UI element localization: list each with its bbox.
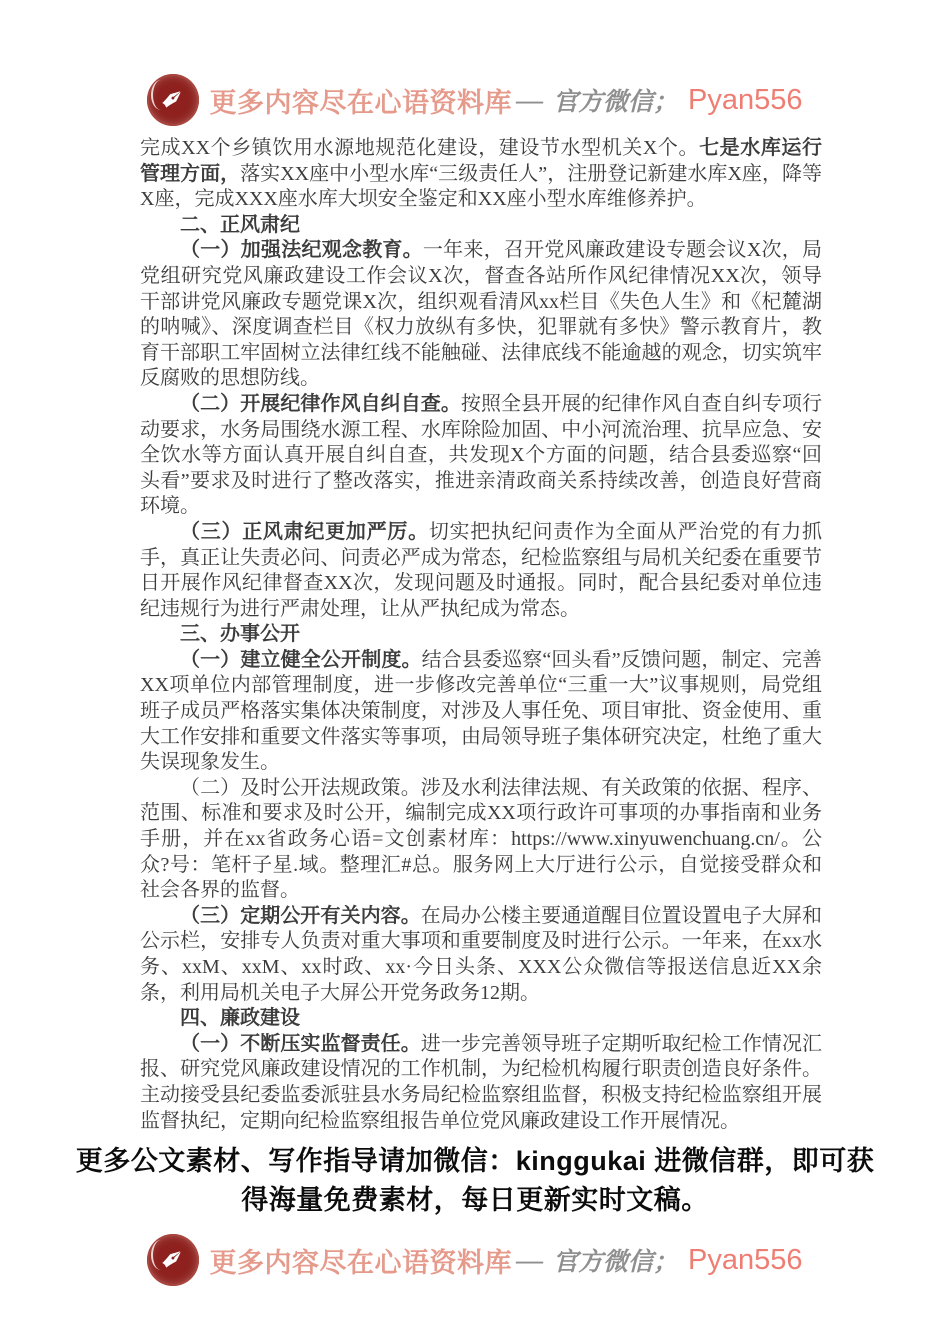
watermark-wechat-id: Pyan556 (688, 84, 803, 117)
watermark-label: 官方微信； (553, 82, 678, 118)
footer-watermark: ✒ 更多内容尽在心语资料库 — 官方微信； Pyan556 (0, 1220, 950, 1286)
watermark-wechat-id: Pyan556 (688, 1244, 803, 1277)
watermark-dash: — (516, 1245, 543, 1276)
text-segment: 一年来，召开党风廉政建设专题会议X次，局党组研究党风廉政建设工作会议X次，督查各… (140, 239, 822, 389)
pen-seal-icon: ✒ (147, 74, 199, 126)
text-segment: 落实XX座中小型水库“三级责任人”，注册登记新建水库X座，降等X座，完成XXX座… (140, 163, 822, 211)
watermark-brand-text: 更多内容尽在心语资料库 (209, 81, 512, 120)
watermark-brand-text: 更多内容尽在心语资料库 (209, 1241, 512, 1280)
text-segment: （三）正风肃纪更加严厉。 (180, 521, 429, 543)
pen-seal-icon: ✒ (147, 1234, 199, 1286)
watermark-label: 官方微信； (553, 1242, 678, 1278)
text-segment: （三）定期公开有关内容。 (180, 905, 421, 927)
section-heading: 三、办事公开 (140, 622, 822, 648)
document-body: 完成XX个乡镇饮用水源地规范化建设，建设节水型机关X个。七是水库运行管理方面，落… (140, 136, 822, 1134)
text-segment: （一）加强法纪观念教育。 (180, 239, 423, 261)
paragraph: （一）建立健全公开制度。结合县委巡察“回头看”反馈问题，制定、完善XX项单位内部… (140, 648, 822, 776)
pen-nib-glyph: ✒ (154, 1241, 193, 1280)
text-segment: （二）及时公开法规政策。涉及水利法律法规、有关政策的依据、程序、范围、标准和要求… (140, 777, 822, 901)
section-heading: 四、廉政建设 (140, 1006, 822, 1032)
paragraph: （一）不断压实监督责任。进一步完善领导班子定期听取纪检工作情况汇报、研究党风廉政… (140, 1032, 822, 1134)
paragraph: （二）开展纪律作风自纠自查。按照全县开展的纪律作风自查自纠专项行动要求，水务局围… (140, 392, 822, 520)
text-segment: 完成XX个乡镇饮用水源地规范化建设，建设节水型机关X个。 (140, 137, 699, 159)
text-segment: （二）开展纪律作风自纠自查。 (180, 393, 461, 415)
text-segment: 四、廉政建设 (180, 1007, 300, 1029)
paragraph: （一）加强法纪观念教育。一年来，召开党风廉政建设专题会议X次，局党组研究党风廉政… (140, 238, 822, 392)
text-segment: 二、正风肃纪 (180, 214, 300, 236)
promo-text: 更多公文素材、写作指导请加微信：kinggukai 进微信群，即可获得海量免费素… (70, 1142, 880, 1220)
text-segment: 三、办事公开 (180, 623, 300, 645)
paragraph: （三）正风肃纪更加严厉。切实把执纪问责作为全面从严治党的有力抓手，真正让失责必问… (140, 520, 822, 622)
paragraph: 完成XX个乡镇饮用水源地规范化建设，建设节水型机关X个。七是水库运行管理方面，落… (140, 136, 822, 213)
text-segment: （一）建立健全公开制度。 (180, 649, 422, 671)
text-segment: （一）不断压实监督责任。 (180, 1033, 421, 1055)
paragraph: （三）定期公开有关内容。在局办公楼主要通道醒目位置设置电子大屏和公示栏，安排专人… (140, 904, 822, 1006)
section-heading: 二、正风肃纪 (140, 213, 822, 239)
watermark-dash: — (516, 85, 543, 116)
header-watermark: ✒ 更多内容尽在心语资料库 — 官方微信； Pyan556 (0, 0, 950, 126)
paragraph: （二）及时公开法规政策。涉及水利法律法规、有关政策的依据、程序、范围、标准和要求… (140, 776, 822, 904)
document-page: ✒ 更多内容尽在心语资料库 — 官方微信； Pyan556 完成XX个乡镇饮用水… (0, 0, 950, 1344)
pen-nib-glyph: ✒ (154, 80, 193, 119)
